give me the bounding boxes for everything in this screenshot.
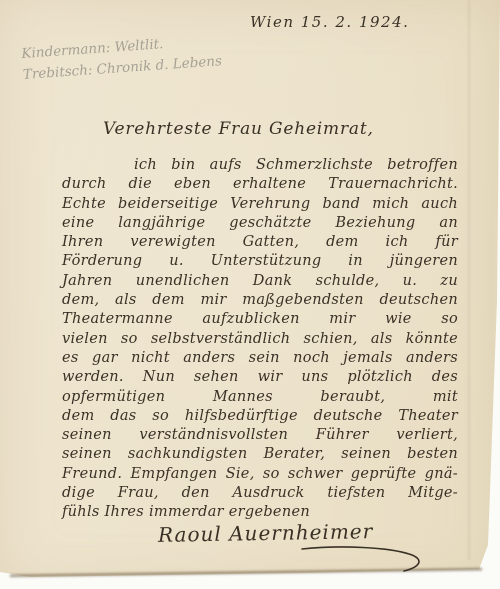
salutation: Verehrteste Frau Geheimrat, xyxy=(103,119,403,139)
body-line: Jahren unendlichen Dank schulde, u. zu xyxy=(62,272,458,291)
body-line: werden. Nun sehen wir uns plötzlich des xyxy=(62,368,458,387)
signature-flourish xyxy=(300,543,430,575)
body-line: seinen sachkundigsten Berater, seinen be… xyxy=(62,445,458,464)
body-line: Förderung u. Unterstützung in jüngeren xyxy=(62,252,458,271)
letter-body: ich bin aufs Schmerzlichste betroffen du… xyxy=(62,156,458,523)
body-line: opfermütigen Mannes beraubt, mit xyxy=(62,388,458,407)
body-line: durch die eben erhaltene Trauernachricht… xyxy=(62,175,458,194)
body-line: vielen so selbstverständlich schien, als… xyxy=(62,330,458,349)
body-line: ich bin aufs Schmerzlichste betroffen xyxy=(62,156,458,175)
dateline: Wien 15. 2. 1924. xyxy=(250,13,440,31)
body-line: dem, als dem mir maßgebendsten deutschen xyxy=(62,291,458,310)
body-line: Echte beiderseitige Verehrung band mich … xyxy=(62,195,458,214)
body-line: Freund. Empfangen Sie, so schwer geprüft… xyxy=(62,465,458,484)
body-line: dige Frau, den Ausdruck tiefsten Mitge- xyxy=(62,484,458,503)
body-line: seinen verständnisvollsten Führer verlie… xyxy=(62,426,458,445)
scanned-letter: Kindermann: Weltlit. Trebitsch: Chronik … xyxy=(0,0,500,589)
body-line: Theatermanne aufzublicken mir wie so xyxy=(62,310,458,329)
body-line: dem das so hilfsbedürftige deutsche Thea… xyxy=(62,407,458,426)
body-line: fühls Ihres immerdar ergebenen xyxy=(62,503,458,522)
body-line: Ihren verewigten Gatten, dem ich für xyxy=(62,233,458,252)
body-line: eine langjährige geschätzte Beziehung an xyxy=(62,214,458,233)
paper-crease xyxy=(468,0,470,560)
body-line: es gar nicht anders sein noch jemals and… xyxy=(62,349,458,368)
